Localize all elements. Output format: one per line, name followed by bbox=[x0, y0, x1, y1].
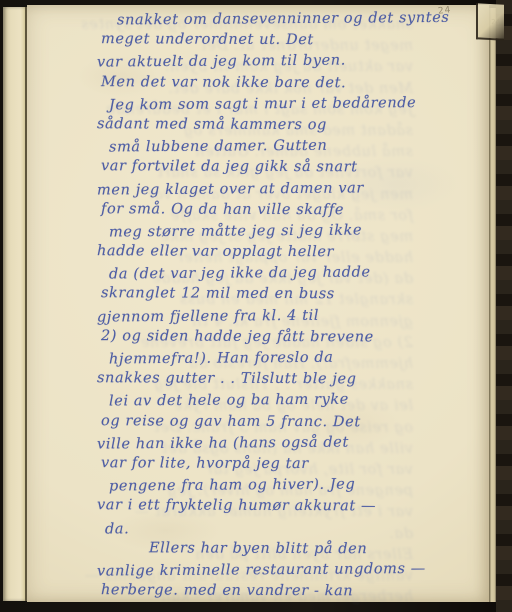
handwritten-text-block: snakket om dansevenninner og det syntesm… bbox=[103, 9, 483, 602]
handwritten-line: pengene fra ham og hiver). Jeg bbox=[109, 474, 483, 498]
handwritten-line: hjemmefra!). Han foreslo da bbox=[109, 347, 483, 371]
handwritten-line: var for lite, hvorpå jeg tar bbox=[101, 453, 483, 476]
handwritten-line: men jeg klaget over at damen var bbox=[97, 177, 483, 201]
previous-page-edge bbox=[3, 7, 27, 601]
handwritten-line: for små. Og da han ville skaffe bbox=[101, 199, 483, 222]
handwritten-line: var aktuelt da jeg kom til byen. bbox=[97, 50, 483, 74]
handwritten-line: ville han ikke ha (hans også det bbox=[97, 431, 483, 455]
handwritten-line: små lubbene damer. Gutten bbox=[109, 135, 483, 159]
handwritten-line: sådant med små kammers og bbox=[97, 114, 483, 137]
handwriting-lines: snakket om dansevenninner og det syntesm… bbox=[103, 9, 483, 602]
handwritten-line: Ellers har byen blitt på den bbox=[149, 538, 483, 561]
handwritten-line: da (det var jeg ikke da jeg hadde bbox=[109, 262, 483, 286]
handwritten-line: var fortvilet da jeg gikk så snart bbox=[101, 156, 483, 179]
handwritten-line: da. bbox=[105, 516, 483, 540]
handwritten-line: var i ett fryktelig humør akkurat — bbox=[97, 495, 483, 518]
handwritten-line: snakkes gutter . . Tilslutt ble jeg bbox=[97, 368, 483, 391]
notebook-scan: snakket om dansevenninner og det syntesm… bbox=[0, 0, 512, 612]
page-stack-corner: 24 bbox=[476, 3, 504, 40]
handwritten-line: hadde eller var opplagt heller bbox=[97, 241, 483, 264]
handwritten-line: vanlige kriminelle restaurant ungdoms — bbox=[97, 558, 483, 582]
handwritten-line: skranglet 12 mil med en buss bbox=[101, 284, 483, 307]
handwritten-line: og reise og gav ham 5 franc. Det bbox=[101, 411, 483, 434]
handwritten-line: herberge. med en vandrer - kan bbox=[101, 580, 483, 603]
handwritten-line: meg større måtte jeg si jeg ikke bbox=[109, 219, 483, 243]
handwritten-line: Jeg kom som sagt i mur i et bedårende bbox=[109, 92, 483, 116]
page-number: 24 bbox=[437, 5, 451, 16]
handwritten-line: snakket om dansevenninner og det syntes bbox=[117, 8, 483, 32]
page-stack-edge bbox=[496, 0, 512, 612]
handwritten-line: gjennom fjellene fra kl. 4 til bbox=[97, 304, 483, 328]
stack-corner-mark: 24 bbox=[491, 18, 500, 26]
handwritten-line: meget underordnet ut. Det bbox=[101, 29, 483, 52]
handwritten-line: lei av det hele og ba ham ryke bbox=[109, 389, 483, 413]
handwritten-line: Men det var nok ikke bare det. bbox=[101, 72, 483, 95]
handwritten-line: 2) og siden hadde jeg fått brevene bbox=[101, 326, 483, 349]
notebook-page: snakket om dansevenninner og det syntesm… bbox=[27, 5, 489, 602]
